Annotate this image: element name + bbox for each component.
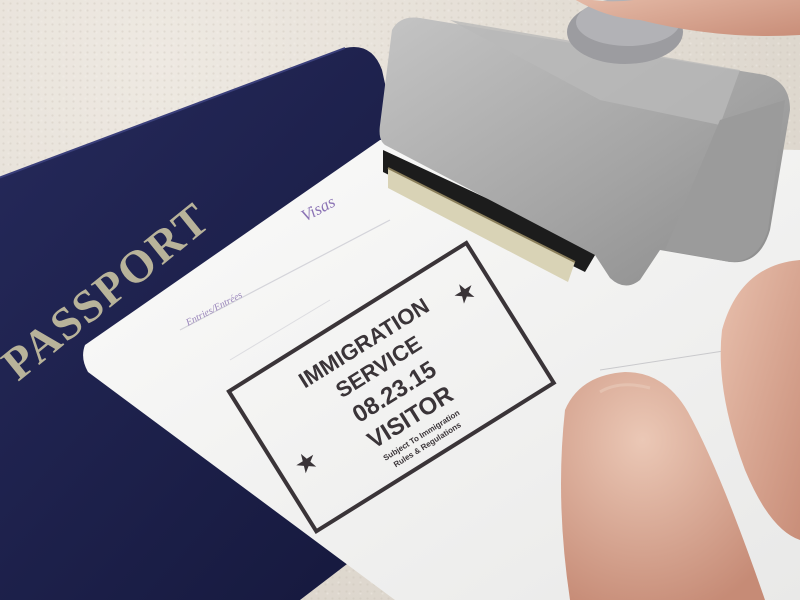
scene-illustration: PASSPORT Visas Entries/Entrées IMMIGRATI…: [0, 0, 800, 600]
photo-scene: PASSPORT Visas Entries/Entrées IMMIGRATI…: [0, 0, 800, 600]
